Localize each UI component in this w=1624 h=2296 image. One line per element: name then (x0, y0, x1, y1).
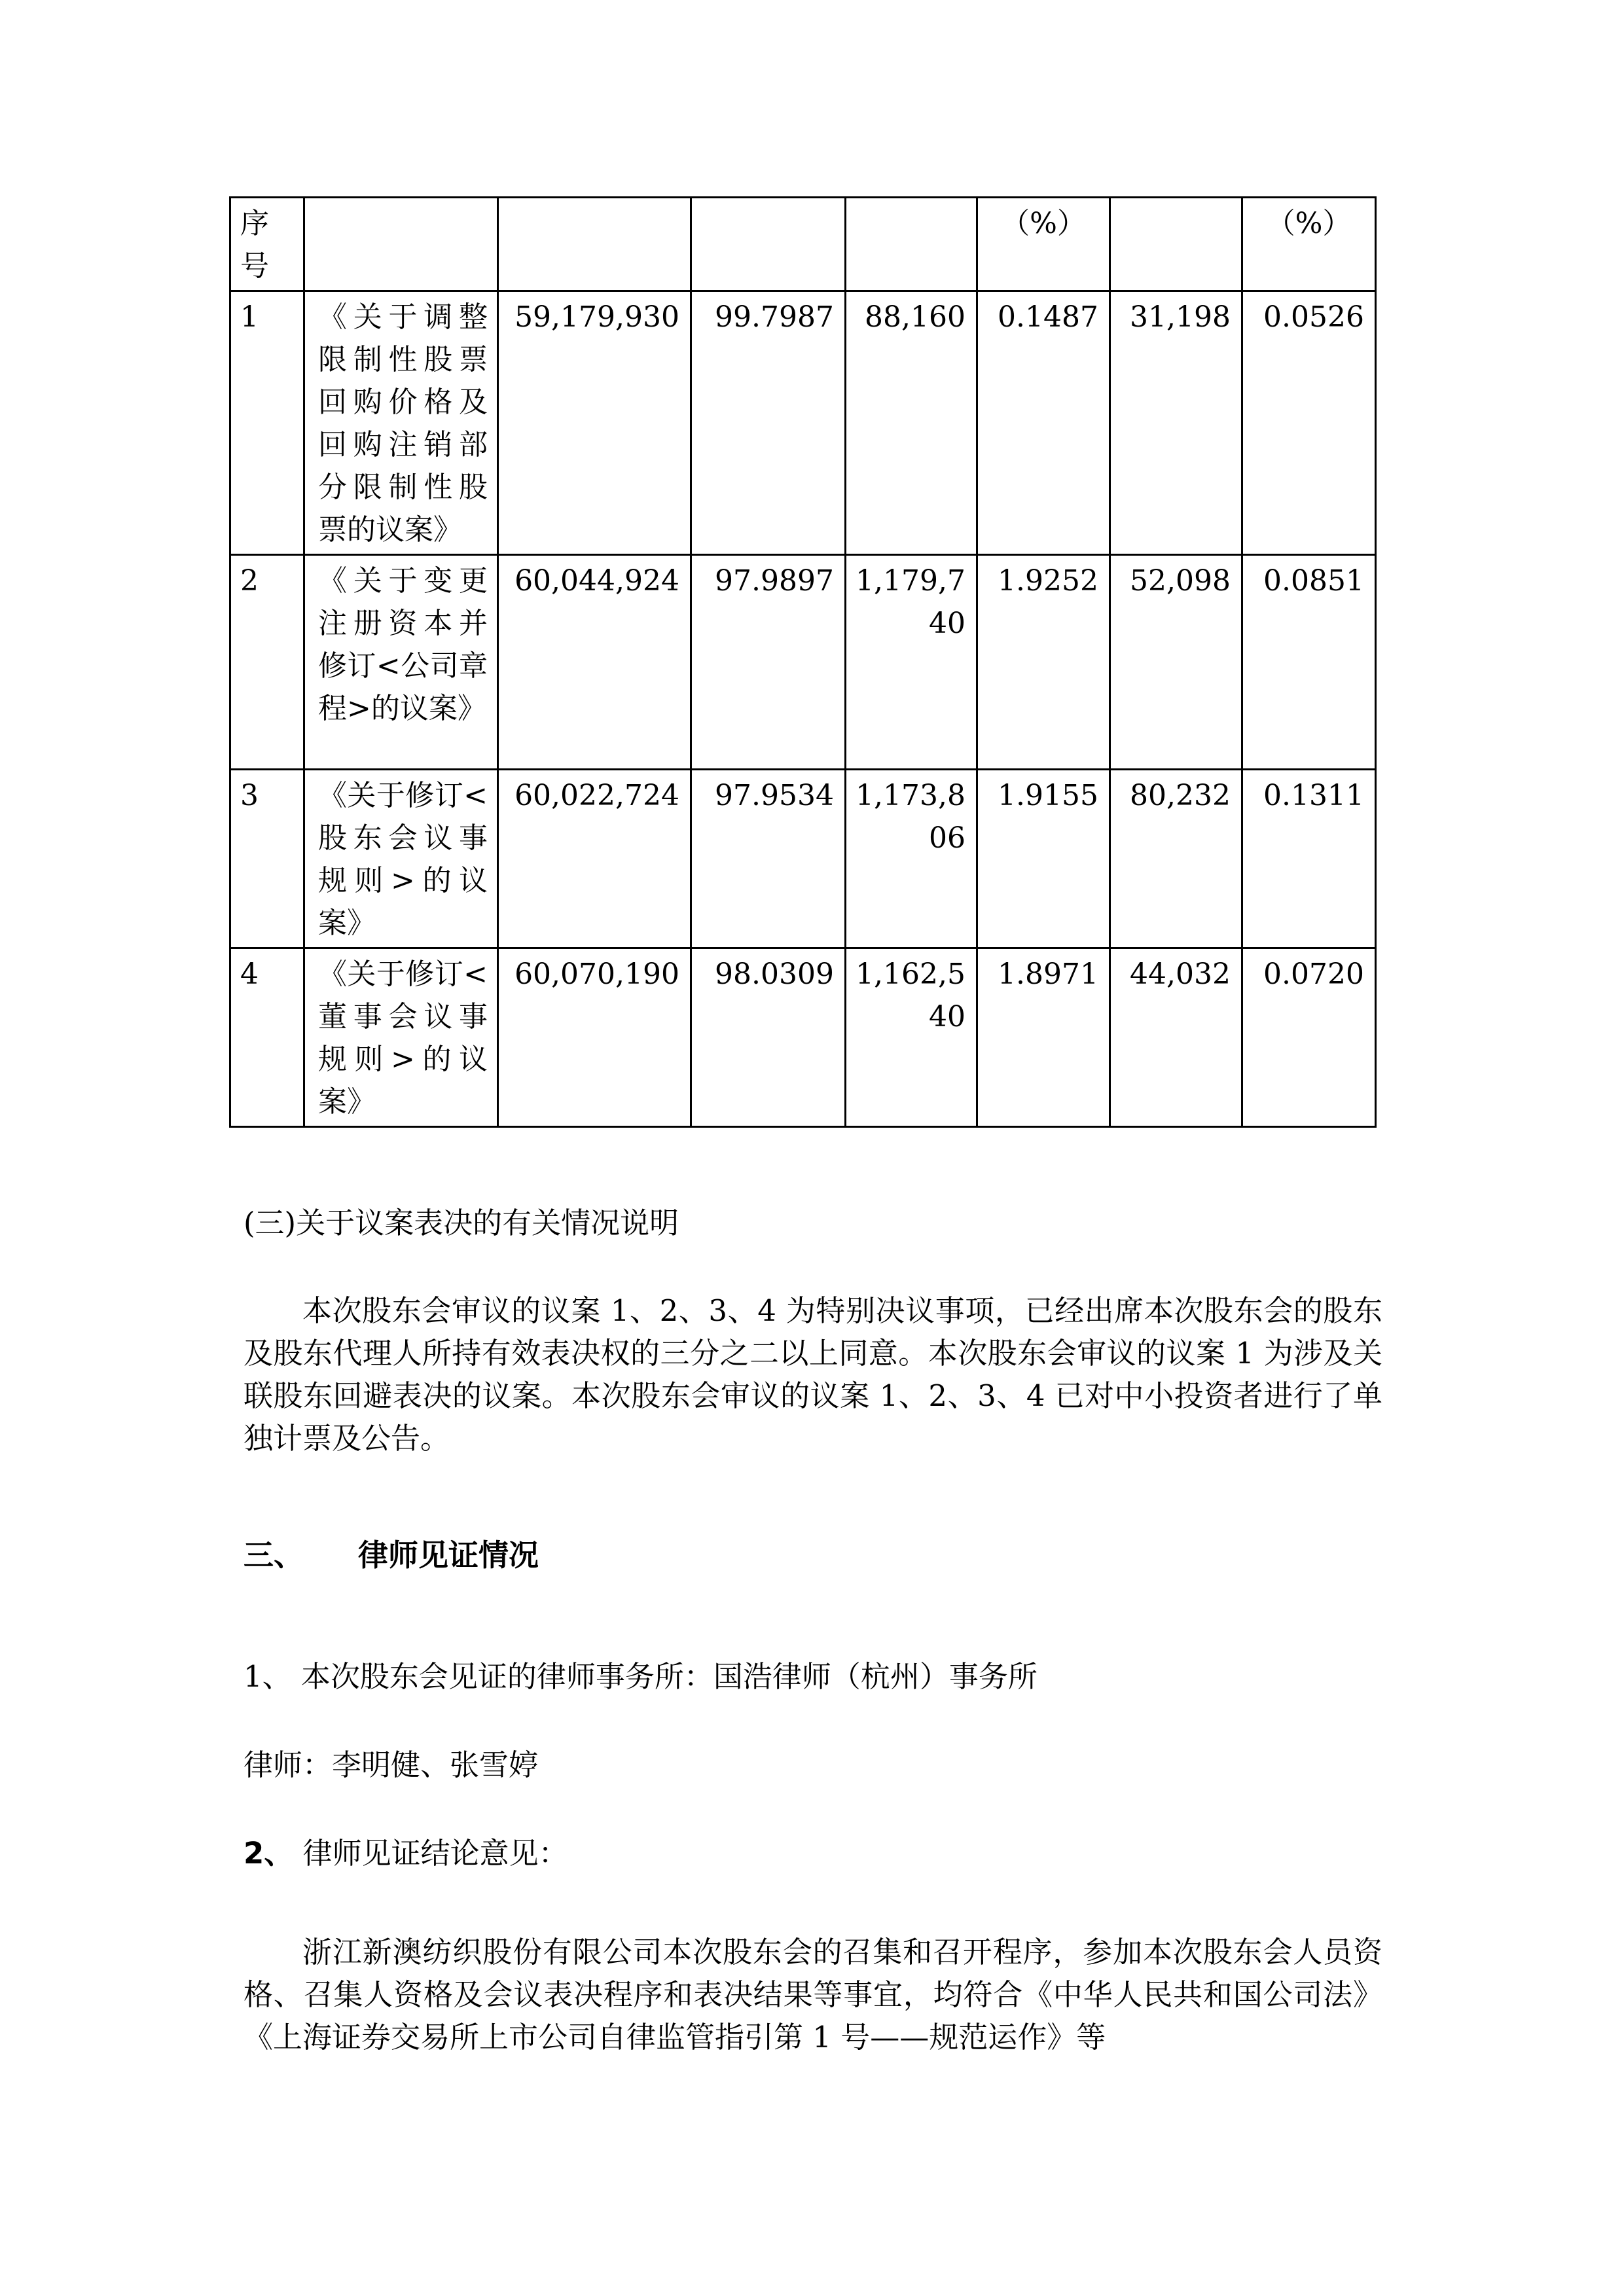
voting-results-table: 序号 （%） （%） 1 《关于调整限制性股票回购价格及回购注销部分限制性股票的… (229, 196, 1377, 1128)
law-firm-item: 1、 本次股东会见证的律师事务所：国浩律师（杭州）事务所 (244, 1653, 1382, 1695)
cell-seq: 2 (230, 555, 304, 770)
cell-proposal-name: 《关于修订<股东会议事规则>的议案》 (304, 770, 498, 948)
cell-for-votes: 60,022,724 (498, 770, 691, 948)
cell-against-votes: 88,160 (846, 291, 977, 555)
conclusion-heading: 2、 律师见证结论意见： (244, 1829, 1382, 1872)
section-number: 三、 (244, 1532, 358, 1575)
table-row: 1 《关于调整限制性股票回购价格及回购注销部分限制性股票的议案》 59,179,… (230, 291, 1376, 555)
header-cell-against-pct: （%） (977, 198, 1110, 291)
cell-for-votes: 59,179,930 (498, 291, 691, 555)
cell-against-votes: 1,173,806 (846, 770, 977, 948)
header-cell-abstain-pct: （%） (1242, 198, 1376, 291)
cell-abstain-pct: 0.0526 (1242, 291, 1376, 555)
cell-seq: 1 (230, 291, 304, 555)
cell-for-pct: 98.0309 (691, 948, 846, 1127)
cell-against-pct: 1.8971 (977, 948, 1110, 1127)
cell-against-votes: 1,162,540 (846, 948, 977, 1127)
table-header-row: 序号 （%） （%） (230, 198, 1376, 291)
subsection-heading: (三)关于议案表决的有关情况说明 (244, 1199, 1382, 1242)
cell-abstain-pct: 0.0851 (1242, 555, 1376, 770)
header-cell-seq: 序号 (230, 198, 304, 291)
cell-abstain-votes: 80,232 (1110, 770, 1242, 948)
section-heading: 三、律师见证情况 (244, 1532, 1382, 1575)
cell-abstain-votes: 44,032 (1110, 948, 1242, 1127)
cell-against-votes: 1,179,740 (846, 555, 977, 770)
cell-abstain-votes: 52,098 (1110, 555, 1242, 770)
cell-abstain-pct: 0.0720 (1242, 948, 1376, 1127)
table-row: 4 《关于修订<董事会议事规则>的议案》 60,070,190 98.0309 … (230, 948, 1376, 1127)
cell-for-votes: 60,044,924 (498, 555, 691, 770)
cell-for-votes: 60,070,190 (498, 948, 691, 1127)
cell-proposal-name: 《关于修订<董事会议事规则>的议案》 (304, 948, 498, 1127)
cell-against-pct: 0.1487 (977, 291, 1110, 555)
cell-against-pct: 1.9155 (977, 770, 1110, 948)
voting-explanation-paragraph: 本次股东会审议的议案 1、2、3、4 为特别决议事项，已经出席本次股东会的股东及… (244, 1289, 1382, 1460)
header-cell-name (304, 198, 498, 291)
cell-against-pct: 1.9252 (977, 555, 1110, 770)
item-label: 律师见证结论意见： (293, 1836, 568, 1871)
cell-for-pct: 97.9534 (691, 770, 846, 948)
header-cell-against-votes (846, 198, 977, 291)
cell-for-pct: 99.7987 (691, 291, 846, 555)
header-cell-for-votes (498, 198, 691, 291)
document-page: 序号 （%） （%） 1 《关于调整限制性股票回购价格及回购注销部分限制性股票的… (0, 0, 1624, 2296)
cell-seq: 4 (230, 948, 304, 1127)
item-number: 2、 (244, 1836, 293, 1871)
lawyers-line: 律师：李明健、张雪婷 (244, 1741, 1382, 1784)
cell-for-pct: 97.9897 (691, 555, 846, 770)
conclusion-paragraph: 浙江新澳纺织股份有限公司本次股东会的召集和召开程序，参加本次股东会人员资格、召集… (244, 1931, 1382, 2058)
section-title: 律师见证情况 (358, 1537, 539, 1573)
table-row: 2 《关于变更注册资本并修订<公司章程>的议案》 60,044,924 97.9… (230, 555, 1376, 770)
cell-abstain-pct: 0.1311 (1242, 770, 1376, 948)
header-cell-for-pct (691, 198, 846, 291)
table-row: 3 《关于修订<股东会议事规则>的议案》 60,022,724 97.9534 … (230, 770, 1376, 948)
cell-proposal-name: 《关于变更注册资本并修订<公司章程>的议案》 (304, 555, 498, 770)
header-cell-abstain-votes (1110, 198, 1242, 291)
cell-proposal-name: 《关于调整限制性股票回购价格及回购注销部分限制性股票的议案》 (304, 291, 498, 555)
cell-abstain-votes: 31,198 (1110, 291, 1242, 555)
cell-seq: 3 (230, 770, 304, 948)
